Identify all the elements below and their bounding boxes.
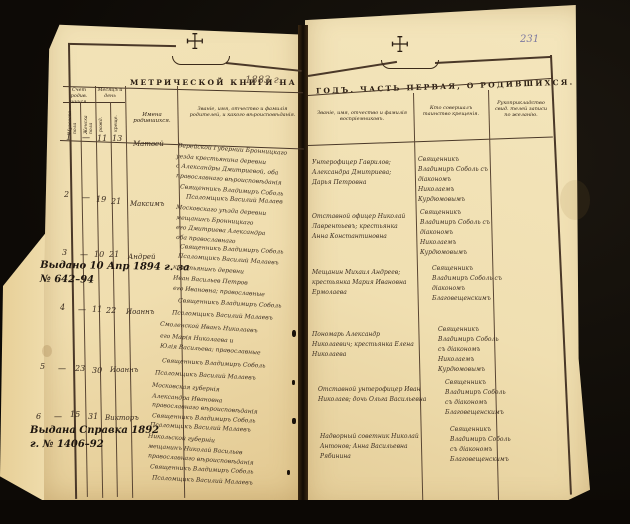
entry-birth-day: 19 bbox=[96, 195, 106, 204]
officiant-text: Священникъ Владимиръ Соболь съ діакономъ… bbox=[418, 155, 488, 205]
header-godparents: Званіе, имя, отчество и фамилія воспріем… bbox=[312, 110, 412, 122]
godparents-text: Унтерофицер Гаврилов; Александра Дмитрие… bbox=[312, 158, 410, 188]
entry-number: 4 bbox=[60, 303, 65, 312]
entry-female-count: — bbox=[82, 193, 90, 202]
ink-spot bbox=[287, 470, 290, 475]
godparents-text: Надворный советник Николай Антонов; Анна… bbox=[320, 432, 440, 462]
entry-female-count: — bbox=[58, 364, 66, 373]
entry-birth-day: 10 bbox=[94, 250, 104, 259]
header-officiant: Кто совершалъ таинство крещенія. bbox=[418, 105, 484, 117]
book-spine bbox=[298, 25, 308, 524]
entry-birth-day: 23 bbox=[75, 364, 85, 373]
header-child-name: Имена родившихся. bbox=[128, 112, 176, 124]
officiant-text: Священникъ Владимиръ Соболь съ діакономъ… bbox=[450, 425, 518, 465]
godparents-text: Мещанин Михаил Андреев; крестьянка Мария… bbox=[312, 268, 412, 298]
header-male: Мужеска пола bbox=[68, 106, 78, 134]
margin-note-certificate-issued: Выдано 10 Апр 1894 г. за № 642–94 bbox=[40, 259, 190, 290]
entry-number: 3 bbox=[62, 248, 67, 257]
officiant-text: Священникъ Владимиръ Соболь съ діакономъ… bbox=[432, 264, 502, 304]
entry-child-name: Иоаннъ bbox=[126, 308, 154, 316]
entry-number: 6 bbox=[36, 412, 41, 421]
header-female: Женска пола bbox=[84, 106, 94, 134]
entry-baptism-day: 31 bbox=[88, 412, 98, 421]
entry-baptism-day: 13 bbox=[112, 134, 122, 143]
stain bbox=[560, 180, 590, 220]
entry-female-count: — bbox=[80, 250, 88, 259]
double-headed-eagle-icon: ☩ bbox=[390, 35, 410, 57]
entry-baptism-day: 21 bbox=[111, 197, 121, 206]
entry-baptism-day: 30 bbox=[92, 366, 102, 375]
officiant-text: Священникъ Владимиръ Соболь съ діакономъ… bbox=[420, 208, 490, 258]
godparents-text: Отставной офицер Николай Лаврентьевъ; кр… bbox=[312, 212, 410, 242]
entry-child-name: Матвей bbox=[133, 140, 164, 148]
header-witness-signature: Рукоприкладство свид. телей записи по же… bbox=[492, 100, 550, 118]
entry-number: 5 bbox=[40, 362, 45, 371]
double-headed-eagle-icon: ☩ bbox=[185, 32, 205, 54]
entry-number: 2 bbox=[64, 190, 69, 199]
stain bbox=[42, 345, 52, 357]
entry-female-count: — bbox=[54, 412, 62, 421]
entry-baptism-day: 21 bbox=[109, 250, 119, 259]
ink-spot bbox=[292, 418, 296, 424]
crest-ribbon bbox=[172, 56, 230, 65]
godparents-text: Отставной унтерофицер Иван Николаев; доч… bbox=[318, 385, 433, 405]
page-number: 231 bbox=[520, 34, 539, 45]
entry-birth-day: 11 bbox=[97, 134, 107, 143]
ink-spot bbox=[292, 380, 295, 385]
entry-birth-day: 15 bbox=[70, 410, 80, 419]
header-parents: Званіе, имя, отчество и фамилія родителе… bbox=[185, 106, 300, 118]
officiant-text: Священникъ Владимиръ Соболь съ діакономъ… bbox=[438, 325, 506, 375]
entry-child-name: Викторъ bbox=[105, 414, 139, 422]
entry-child-name: Иоаннъ bbox=[110, 366, 138, 374]
register-year: 1883 г. bbox=[245, 75, 282, 86]
header-baptism-date: креще. bbox=[114, 108, 119, 132]
ink-spot bbox=[292, 330, 296, 337]
bottom-shadow bbox=[0, 500, 630, 524]
godparents-text: Пономарь Александр Николаевич; крестьянк… bbox=[312, 330, 420, 360]
officiant-text: Священникъ Владимиръ Соболь съ діакономъ… bbox=[445, 378, 513, 418]
entry-child-name: Максимъ bbox=[130, 200, 164, 208]
header-date-group: Месяцъ и день bbox=[96, 88, 124, 100]
header-birth-count: Счет родив. шихся. bbox=[64, 88, 94, 106]
entry-birth-day: 11 bbox=[92, 305, 102, 314]
entry-baptism-day: 22 bbox=[106, 306, 116, 315]
crest-ribbon bbox=[381, 60, 439, 69]
header-birth-date: рожд. bbox=[99, 108, 104, 132]
entry-number: 1 bbox=[66, 133, 71, 142]
entry-female-count: — bbox=[78, 305, 86, 314]
entry-female-count: — bbox=[82, 133, 90, 142]
